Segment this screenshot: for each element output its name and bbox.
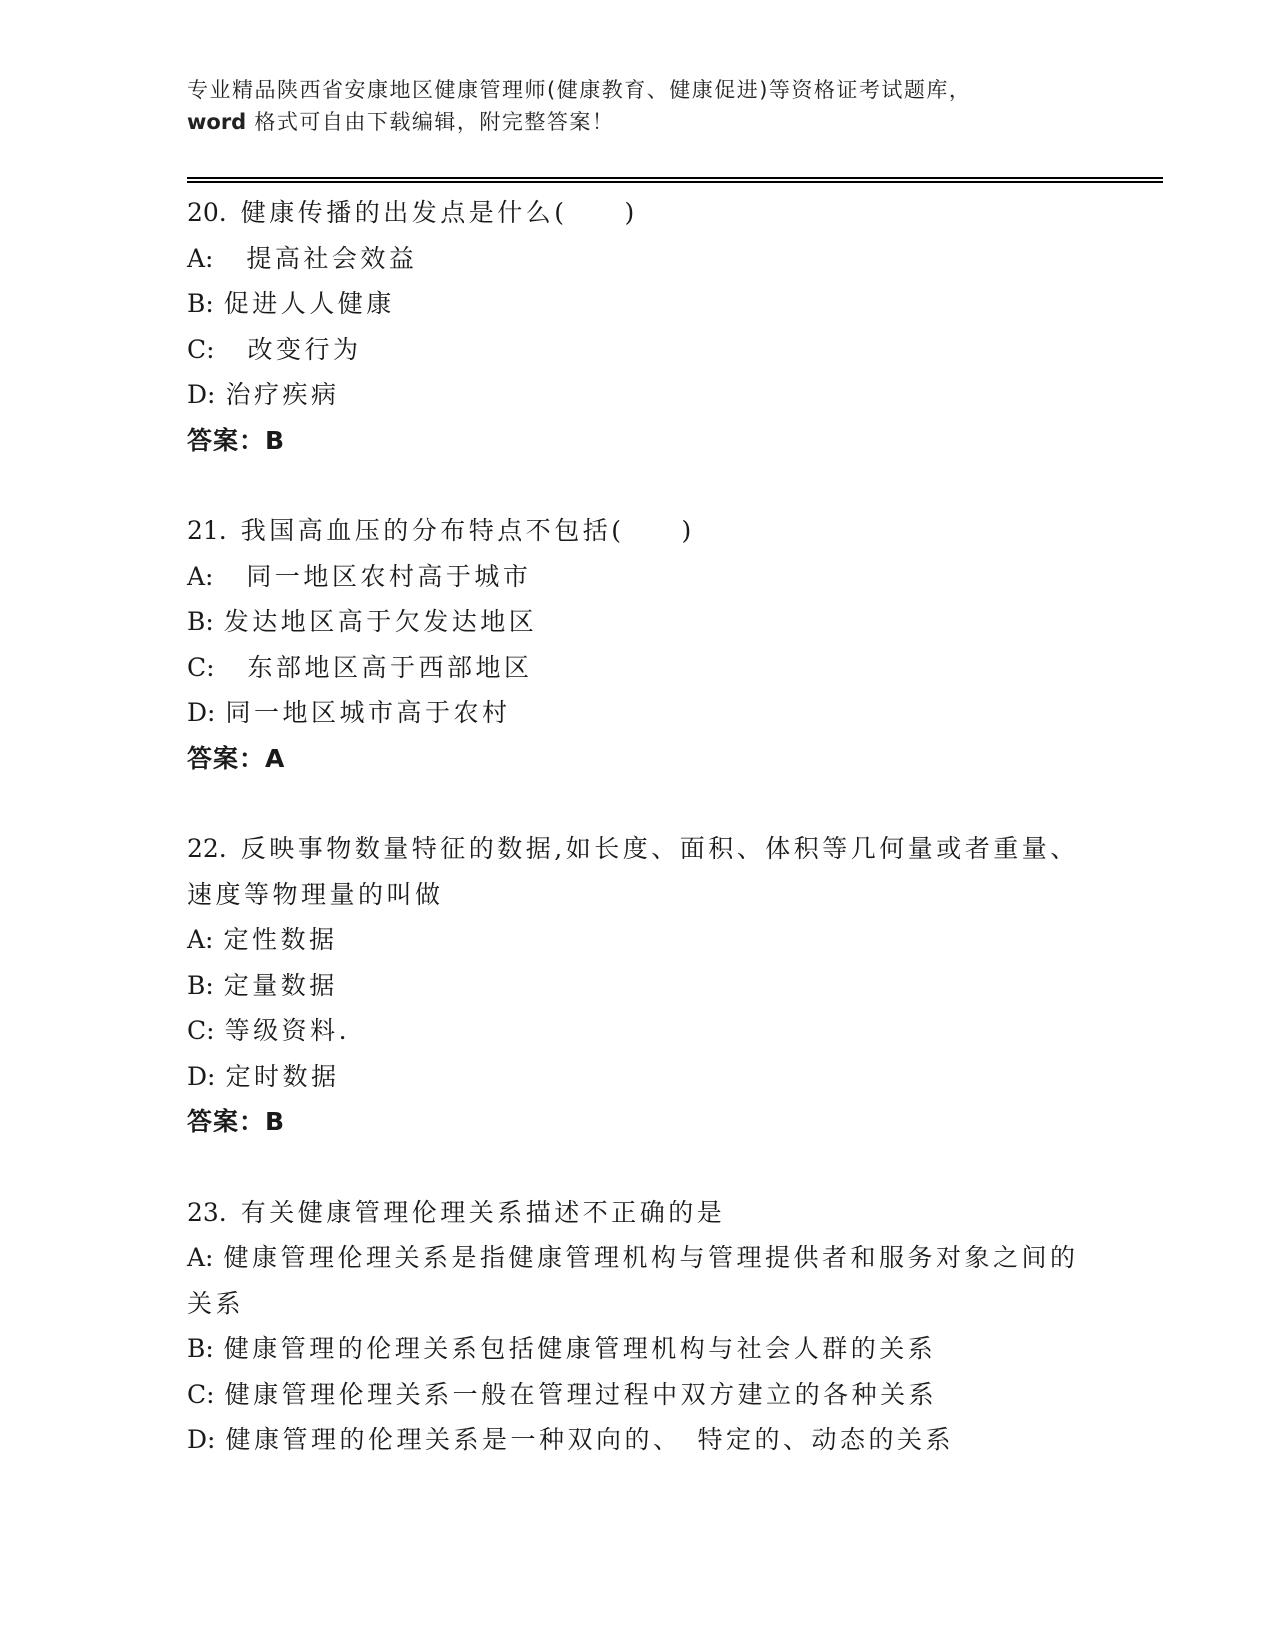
question-title: 23.有关健康管理伦理关系描述不正确的是 — [187, 1190, 1087, 1236]
option-a: A: 提高社会效益 — [187, 236, 1087, 282]
question-title: 20.健康传播的出发点是什么( ) — [187, 190, 1087, 236]
option-text: 健康管理的伦理关系包括健康管理机构与社会人群的关系 — [224, 1334, 937, 1363]
option-d: D:治疗疾病 — [187, 372, 1087, 418]
option-c: C:等级资料. — [187, 1008, 1087, 1054]
option-text: 同一地区农村高于城市 — [223, 562, 531, 591]
answer: 答案：A — [187, 736, 1087, 782]
option-label: A: — [187, 562, 213, 591]
option-b: B:促进人人健康 — [187, 281, 1087, 327]
option-label: A: — [187, 925, 213, 954]
option-b: B:定量数据 — [187, 963, 1087, 1009]
option-text: 发达地区高于欠发达地区 — [224, 607, 538, 636]
option-d: D:同一地区城市高于农村 — [187, 690, 1087, 736]
option-label: D: — [187, 1425, 215, 1454]
question-title: 22.反映事物数量特征的数据,如长度、面积、体积等几何量或者重量、速度等物理量的… — [187, 826, 1087, 917]
option-b: B:健康管理的伦理关系包括健康管理机构与社会人群的关系 — [187, 1326, 1087, 1372]
option-label: D: — [187, 1062, 215, 1091]
option-c: C: 改变行为 — [187, 327, 1087, 373]
option-label: C: — [187, 1016, 215, 1045]
option-text: 定时数据 — [225, 1062, 339, 1091]
option-label: B: — [187, 607, 214, 636]
option-label: B: — [187, 971, 214, 1000]
option-label: A: — [187, 1243, 213, 1272]
header-line-2-text: 格式可自由下载编辑，附完整答案！ — [246, 110, 614, 134]
question-21: 21.我国高血压的分布特点不包括( ) A: 同一地区农村高于城市 B:发达地区… — [187, 508, 1087, 781]
header-word-label: word — [187, 110, 246, 134]
question-list: 20.健康传播的出发点是什么( ) A: 提高社会效益 B:促进人人健康 C: … — [187, 190, 1087, 1508]
question-number: 20. — [187, 198, 227, 227]
option-a: A:健康管理伦理关系是指健康管理机构与管理提供者和服务对象之间的关系 — [187, 1235, 1087, 1326]
option-b: B:发达地区高于欠发达地区 — [187, 599, 1087, 645]
option-d: D:定时数据 — [187, 1054, 1087, 1100]
question-text: 有关健康管理伦理关系描述不正确的是 — [241, 1198, 726, 1227]
option-text: 改变行为 — [225, 335, 362, 364]
question-number: 23. — [187, 1198, 227, 1227]
page-header: 专业精品陕西省安康地区健康管理师(健康教育、健康促进)等资格证考试题库， wor… — [187, 74, 1087, 138]
question-22: 22.反映事物数量特征的数据,如长度、面积、体积等几何量或者重量、速度等物理量的… — [187, 826, 1087, 1145]
header-line-1: 专业精品陕西省安康地区健康管理师(健康教育、健康促进)等资格证考试题库， — [187, 74, 1087, 106]
option-text: 健康管理伦理关系是指健康管理机构与管理提供者和服务对象之间的关系 — [187, 1243, 1079, 1318]
question-text: 健康传播的出发点是什么( ) — [241, 198, 638, 227]
option-c: C:健康管理伦理关系一般在管理过程中双方建立的各种关系 — [187, 1372, 1087, 1418]
answer: 答案：B — [187, 418, 1087, 464]
header-divider — [187, 177, 1163, 183]
option-label: A: — [187, 244, 213, 273]
option-label: C: — [187, 335, 215, 364]
option-label: C: — [187, 1380, 215, 1409]
option-text: 促进人人健康 — [224, 289, 395, 318]
question-text: 反映事物数量特征的数据,如长度、面积、体积等几何量或者重量、速度等物理量的叫做 — [187, 834, 1079, 909]
option-text: 健康管理伦理关系一般在管理过程中双方建立的各种关系 — [225, 1380, 938, 1409]
question-title: 21.我国高血压的分布特点不包括( ) — [187, 508, 1087, 554]
option-text: 等级资料. — [225, 1016, 350, 1045]
option-text: 定性数据 — [223, 925, 337, 954]
option-text: 提高社会效益 — [223, 244, 417, 273]
option-a: A:定性数据 — [187, 917, 1087, 963]
option-label: B: — [187, 289, 214, 318]
question-number: 22. — [187, 834, 227, 863]
option-label: D: — [187, 698, 215, 727]
header-line-2: word 格式可自由下载编辑，附完整答案！ — [187, 106, 1087, 138]
option-d: D:健康管理的伦理关系是一种双向的、 特定的、动态的关系 — [187, 1417, 1087, 1463]
option-c: C: 东部地区高于西部地区 — [187, 645, 1087, 691]
option-text: 东部地区高于西部地区 — [225, 653, 533, 682]
option-label: B: — [187, 1334, 214, 1363]
answer: 答案：B — [187, 1099, 1087, 1145]
option-text: 健康管理的伦理关系是一种双向的、 特定的、动态的关系 — [225, 1425, 954, 1454]
option-label: D: — [187, 380, 215, 409]
option-label: C: — [187, 653, 215, 682]
question-number: 21. — [187, 516, 227, 545]
option-text: 同一地区城市高于农村 — [225, 698, 510, 727]
option-a: A: 同一地区农村高于城市 — [187, 554, 1087, 600]
option-text: 定量数据 — [224, 971, 338, 1000]
question-20: 20.健康传播的出发点是什么( ) A: 提高社会效益 B:促进人人健康 C: … — [187, 190, 1087, 463]
question-text: 我国高血压的分布特点不包括( ) — [241, 516, 695, 545]
option-text: 治疗疾病 — [225, 380, 339, 409]
question-23: 23.有关健康管理伦理关系描述不正确的是 A:健康管理伦理关系是指健康管理机构与… — [187, 1190, 1087, 1463]
